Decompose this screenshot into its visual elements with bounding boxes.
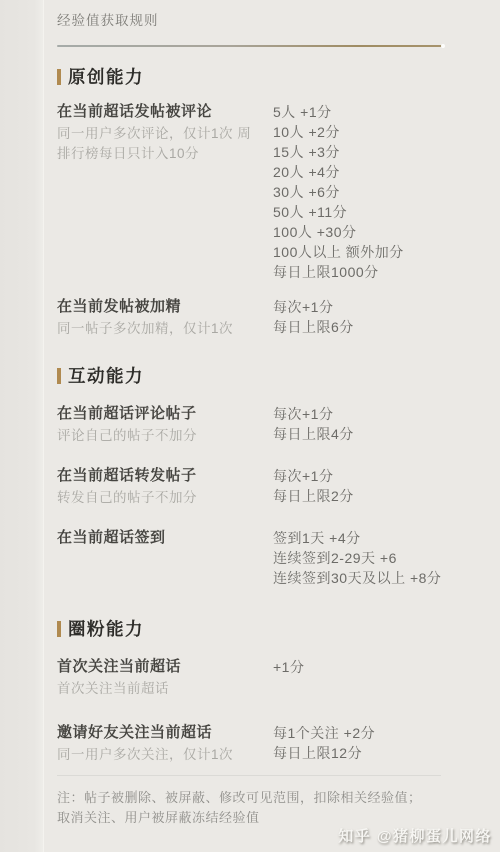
section-heading: 圈粉能力	[57, 616, 480, 641]
rule-subtitle: 首次关注当前超话	[57, 679, 262, 699]
rule-title: 在当前超话转发帖子	[57, 466, 262, 486]
rule-row: 在当前超话转发帖子 转发自己的帖子不加分 每次+1分 每日上限2分	[57, 466, 480, 508]
rule-value: 每次+1分	[273, 466, 480, 486]
rule-value: 每日上限4分	[273, 424, 480, 444]
rule-row-right: +1分	[273, 657, 480, 677]
rule-value: 每日上限12分	[273, 743, 480, 763]
section-heading: 原创能力	[57, 64, 480, 89]
rules-content: 经验值获取规则 原创能力 在当前超话发帖被评论 同一用户多次评论，仅计1次 周排…	[0, 0, 500, 827]
rule-row-left: 在当前超话发帖被评论 同一用户多次评论，仅计1次 周排行榜每日只计入10分	[57, 102, 262, 164]
rule-value: 100人 +30分	[273, 222, 480, 242]
section-heading-text: 原创能力	[68, 64, 144, 89]
section-accent-bar-icon	[57, 368, 61, 384]
note-text: 注：帖子被删除、被屏蔽、修改可见范围，扣除相关经验值；取消关注、用户被屏蔽冻结经…	[57, 788, 427, 827]
rule-row: 在当前发帖被加精 同一帖子多次加精，仅计1次 每次+1分 每日上限6分	[57, 297, 480, 339]
rule-value: 20人 +4分	[273, 162, 480, 182]
rule-row: 在当前超话评论帖子 评论自己的帖子不加分 每次+1分 每日上限4分	[57, 404, 480, 446]
watermark: 知乎 @猪柳蛋儿网络	[338, 825, 492, 846]
rule-title: 在当前超话发帖被评论	[57, 102, 262, 122]
section-fan-ability: 圈粉能力 首次关注当前超话 首次关注当前超话 +1分 邀请好友关注当前超话 同一…	[57, 616, 480, 765]
rule-value: 每次+1分	[273, 297, 480, 317]
rule-value: 30人 +6分	[273, 182, 480, 202]
rule-row-left: 首次关注当前超话 首次关注当前超话	[57, 657, 262, 699]
rule-value: 每1个关注 +2分	[273, 723, 480, 743]
rule-value: 每日上限6分	[273, 317, 480, 337]
section-original-ability: 原创能力 在当前超话发帖被评论 同一用户多次评论，仅计1次 周排行榜每日只计入1…	[57, 64, 480, 339]
rule-subtitle: 同一用户多次评论，仅计1次 周排行榜每日只计入10分	[57, 124, 262, 164]
rule-row: 首次关注当前超话 首次关注当前超话 +1分	[57, 657, 480, 699]
rule-value: +1分	[273, 657, 480, 677]
section-interaction-ability: 互动能力 在当前超话评论帖子 评论自己的帖子不加分 每次+1分 每日上限4分 在…	[57, 363, 480, 588]
rule-value: 10人 +2分	[273, 122, 480, 142]
section-accent-bar-icon	[57, 621, 61, 637]
rule-subtitle: 转发自己的帖子不加分	[57, 488, 262, 508]
rule-row-right: 5人 +1分 10人 +2分 15人 +3分 20人 +4分 30人 +6分 5…	[273, 102, 480, 282]
rule-title: 在当前发帖被加精	[57, 297, 262, 317]
rule-row-right: 每次+1分 每日上限6分	[273, 297, 480, 337]
rule-value: 每日上限2分	[273, 486, 480, 506]
rule-row-left: 在当前超话转发帖子 转发自己的帖子不加分	[57, 466, 262, 508]
rule-row-left: 在当前超话评论帖子 评论自己的帖子不加分	[57, 404, 262, 446]
rule-value: 每日上限1000分	[273, 262, 480, 282]
rule-value: 50人 +11分	[273, 202, 480, 222]
rule-row: 在当前超话发帖被评论 同一用户多次评论，仅计1次 周排行榜每日只计入10分 5人…	[57, 102, 480, 282]
title-divider	[57, 45, 443, 47]
rule-row-right: 每1个关注 +2分 每日上限12分	[273, 723, 480, 763]
page-title: 经验值获取规则	[57, 12, 480, 30]
rule-title: 在当前超话评论帖子	[57, 404, 262, 424]
rule-value: 签到1天 +4分	[273, 528, 480, 548]
rule-value: 5人 +1分	[273, 102, 480, 122]
rule-value: 100人以上 额外加分	[273, 242, 480, 262]
rule-row-left: 在当前发帖被加精 同一帖子多次加精，仅计1次	[57, 297, 262, 339]
rule-subtitle: 同一用户多次关注，仅计1次	[57, 745, 262, 765]
rule-value: 连续签到30天及以上 +8分	[273, 568, 480, 588]
section-accent-bar-icon	[57, 69, 61, 85]
section-heading: 互动能力	[57, 363, 480, 388]
rules-page: 经验值获取规则 原创能力 在当前超话发帖被评论 同一用户多次评论，仅计1次 周排…	[0, 0, 500, 852]
rule-row: 在当前超话签到 签到1天 +4分 连续签到2-29天 +6 连续签到30天及以上…	[57, 528, 480, 588]
rule-row-left: 在当前超话签到	[57, 528, 262, 548]
rule-value: 连续签到2-29天 +6	[273, 548, 480, 568]
rule-title: 在当前超话签到	[57, 528, 262, 548]
rule-row-left: 邀请好友关注当前超话 同一用户多次关注，仅计1次	[57, 723, 262, 765]
rule-row-right: 每次+1分 每日上限2分	[273, 466, 480, 506]
rule-row-right: 签到1天 +4分 连续签到2-29天 +6 连续签到30天及以上 +8分	[273, 528, 480, 588]
rule-row: 邀请好友关注当前超话 同一用户多次关注，仅计1次 每1个关注 +2分 每日上限1…	[57, 723, 480, 765]
rule-subtitle: 评论自己的帖子不加分	[57, 426, 262, 446]
rule-value: 15人 +3分	[273, 142, 480, 162]
section-heading-text: 圈粉能力	[68, 616, 144, 641]
rule-title: 首次关注当前超话	[57, 657, 262, 677]
section-heading-text: 互动能力	[68, 363, 144, 388]
rule-row-right: 每次+1分 每日上限4分	[273, 404, 480, 444]
note-divider	[57, 775, 441, 776]
rule-subtitle: 同一帖子多次加精，仅计1次	[57, 319, 262, 339]
rule-title: 邀请好友关注当前超话	[57, 723, 262, 743]
rule-value: 每次+1分	[273, 404, 480, 424]
